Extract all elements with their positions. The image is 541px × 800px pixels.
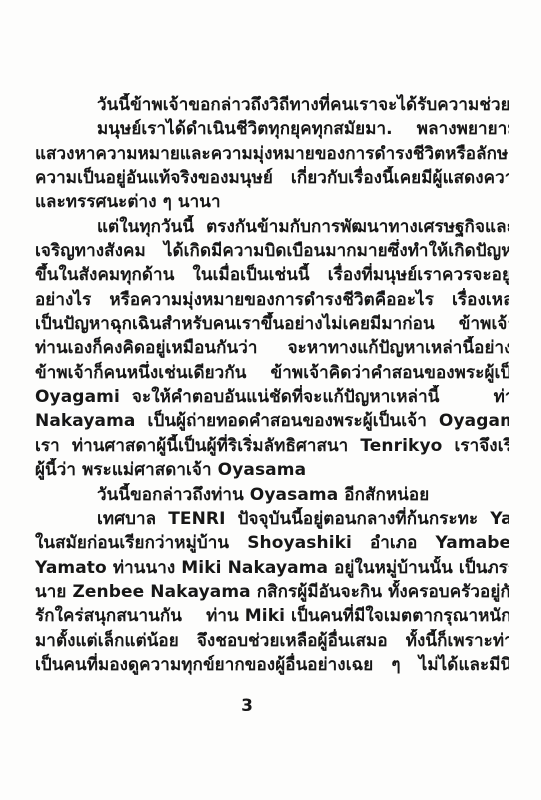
text-line: อย่างไร หรือความมุ่งหมายของการดำรงชีวิตค… <box>35 288 509 312</box>
text-line: เทศบาล TENRI ปัจจุบันนี้อยู่ตอนกลางที่ก้… <box>35 507 509 531</box>
text-line: เจริญทางสังคม ได้เกิดมีความบิดเบือนมากมา… <box>35 239 509 263</box>
text-line: Oyagami จะให้คำตอบอันแน่ชัดที่จะแก้ปัญหา… <box>35 385 509 409</box>
text-line: ในสมัยก่อนเรียกว่าหมู่บ้าน Shoyashiki อำ… <box>35 531 509 555</box>
text-line: เป็นคนที่มองดูความทุกข์ยากของผู้อื่นอย่า… <box>35 653 509 677</box>
page-number: 3 <box>0 696 494 716</box>
text-line: ท่านเองก็คงคิดอยู่เหมือนกันว่า จะหาทางแก… <box>35 336 509 360</box>
text-line: มนุษย์เราได้ดำเนินชีวิตทุกยุคทุกสมัยมา. … <box>35 117 509 141</box>
text-line: เรา ท่านศาสดาผู้นี้เป็นผู้ที่ริเริ่มลัทธ… <box>35 434 509 458</box>
text-line: วันนี้ข้าพเจ้าขอกล่าวถึงวิถีทางที่คนเราจ… <box>35 93 509 117</box>
text-line: ผู้นี้ว่า พระแม่ศาสดาเจ้า Oyasama <box>35 458 509 482</box>
body-text: วันนี้ข้าพเจ้าขอกล่าวถึงวิถีทางที่คนเราจ… <box>35 93 509 677</box>
text-line: มาตั้งแต่เล็กแต่น้อย จึงชอบช่วยเหลือผู้อ… <box>35 629 509 653</box>
text-line: นาย Zenbee Nakayama กสิกรผู้มีอันจะกิน ท… <box>35 580 509 604</box>
text-line: แสวงหาความหมายและความมุ่งหมายของการดำรงช… <box>35 142 509 166</box>
text-line: รักใคร่สนุกสนานกัน ท่าน Miki เป็นคนที่มี… <box>35 604 509 628</box>
text-line: ขึ้นในสังคมทุกด้าน ในเมื่อเป็นเช่นนี้ เร… <box>35 263 509 287</box>
text-line: และทรรศนะต่าง ๆ นานา <box>35 190 509 214</box>
text-line: Yamato ท่านนาง Miki Nakayama อยู่ในหมู่บ… <box>35 556 509 580</box>
document-page: วันนี้ข้าพเจ้าขอกล่าวถึงวิถีทางที่คนเราจ… <box>0 0 541 800</box>
text-line: เป็นปัญหาฉุกเฉินสำหรับคนเราขึ้นอย่างไม่เ… <box>35 312 509 336</box>
text-line: วันนี้ขอกล่าวถึงท่าน Oyasama อีกสักหน่อย <box>35 483 509 507</box>
text-line: แต่ในทุกวันนี้ ตรงกันข้ามกับการพัฒนาทางเ… <box>35 215 509 239</box>
text-line: Nakayama เป็นผู้ถ่ายทอดคำสอนของพระผู้เป็… <box>35 409 509 433</box>
text-line: ข้าพเจ้าก็คนหนึ่งเช่นเดียวกัน ข้าพเจ้าคิ… <box>35 361 509 385</box>
text-line: ความเป็นอยู่อันแท้จริงของมนุษย์ เกี่ยวกั… <box>35 166 509 190</box>
